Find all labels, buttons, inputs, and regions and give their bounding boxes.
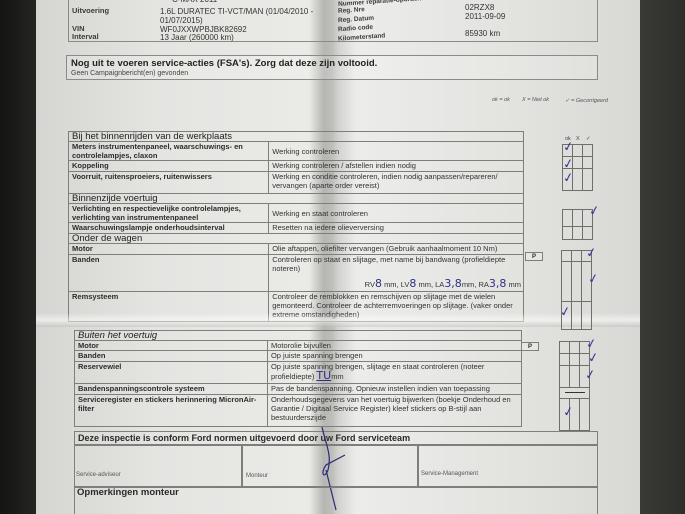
item-label: Voorruit, ruitensproeiers, ruitenwissers — [69, 172, 269, 194]
item-action: Werking controleren — [269, 142, 524, 161]
grid-header-x: X — [576, 136, 580, 142]
fsa-title: Nog uit te voeren service-acties (FSA's)… — [71, 58, 377, 69]
item-label: Bandenspanningscontrole systeem — [75, 384, 268, 395]
check-mark-ok: ✓ — [562, 170, 575, 187]
item-label: Meters instrumentenpaneel, waarschuwings… — [69, 142, 269, 161]
item-action: Olie aftappen, oliefilter vervangen (Geb… — [269, 244, 524, 255]
section-title: Buiten het voertuig — [75, 331, 522, 341]
tyre-depth-ra: 3,8 — [489, 277, 507, 290]
not-applicable-dash — [565, 392, 585, 393]
interval-label: Interval — [72, 32, 99, 41]
item-action: Controleren op staat en slijtage, met na… — [269, 255, 524, 292]
item-label: Koppeling — [69, 161, 269, 172]
grid-header-check: ✓ — [586, 136, 591, 142]
check-mark-ok: ✓ — [559, 304, 572, 321]
item-action: Onderhoudsgegevens van het voertuig bijw… — [267, 395, 521, 427]
item-action: Motorolie bijvullen — [267, 341, 521, 351]
check-mark-corrected: ✓ — [587, 271, 600, 288]
check-mark-ok: ✓ — [562, 404, 575, 421]
item-label: Banden — [69, 255, 269, 292]
item-label: Motor — [75, 341, 268, 351]
tyre-depth-rv: 8 — [375, 277, 382, 290]
p-box-motor-under: P — [525, 252, 543, 261]
tyre-depth-la: 3,8 — [444, 277, 462, 290]
uitvoering-label: Uitvoering — [72, 6, 109, 15]
vehicle-info-box — [68, 0, 598, 42]
signature-label-management: Service-Management — [421, 471, 478, 477]
reg-datum-value: 2011-09-09 — [465, 12, 505, 21]
item-action: Op juiste spanning brengen — [267, 351, 521, 362]
item-action: Resetten na iedere olieverversing — [269, 223, 524, 234]
check-mark-corrected: ✓ — [587, 350, 600, 367]
item-label: Serviceregister en stickers herinnering … — [75, 395, 268, 427]
item-action: Werking en conditie controleren, indien … — [269, 172, 524, 194]
signature-box-advisor[interactable] — [74, 445, 242, 487]
section-title: Binnenzijde voertuig — [69, 194, 524, 204]
km-value: 85930 km — [465, 29, 500, 38]
check-mark-corrected: ✓ — [585, 245, 598, 262]
item-action: Werking controleren / afstellen indien n… — [269, 161, 524, 172]
item-action: Werking en staat controleren — [269, 204, 524, 223]
fsa-box: Nog uit te voeren service-acties (FSA's)… — [66, 55, 598, 80]
legend-ok: ok = ok — [492, 97, 510, 103]
uitvoering-value: 1.6L DURATEC TI-VCT/MAN (01/04/2010 - — [160, 7, 313, 16]
item-action: Pas de bandenspanning. Opnieuw instellen… — [267, 384, 521, 395]
item-action: Op juiste spanning brengen, slijtage en … — [267, 362, 521, 384]
background-left — [0, 0, 40, 514]
reg-nr-value: 02RZX8 — [465, 3, 494, 12]
item-label: Waarschuwingslampje onderhoudsinterval — [69, 223, 269, 234]
paper-fold — [36, 313, 640, 327]
check-mark-ok: ✓ — [562, 139, 575, 156]
checklist-table-top: Bij het binnenrijden van de werkplaats M… — [68, 131, 524, 322]
uitvoering-value-2: 01/07/2015) — [160, 16, 203, 25]
signature-box-management[interactable] — [418, 445, 598, 487]
legend-not-ok: X = Niet ok — [522, 97, 549, 103]
p-box-motor-outside: P — [521, 342, 539, 351]
check-mark-corrected: ✓ — [588, 203, 601, 220]
signature-label-mechanic: Monteur — [246, 473, 268, 479]
tyre-depth-readout: RV8 mm, LV8 mm, LA3,8mm, RA3,8 mm — [365, 279, 521, 289]
interval-value: 13 Jaar (260000 km) — [160, 33, 234, 42]
item-label: Motor — [69, 244, 269, 255]
tyre-action-text: Controleren op staat en slijtage, met na… — [272, 255, 505, 273]
background-right — [638, 0, 685, 514]
conformity-statement: Deze inspectie is conform Ford normen ui… — [78, 433, 410, 443]
checklist-table-bottom: Buiten het voertuig MotorMotorolie bijvu… — [74, 330, 522, 427]
fsa-subtitle: Geen Campaignbericht(en) gevonden — [71, 70, 188, 77]
tyre-depth-lv: 8 — [409, 277, 416, 290]
spare-wheel-depth: TU — [316, 369, 331, 382]
item-label: Verlichting en respectievelijke controle… — [69, 204, 269, 223]
vehicle-model: C-MAX 2011 — [172, 0, 217, 4]
section-title: Bij het binnenrijden van de werkplaats — [69, 132, 524, 142]
item-label: Reservewiel — [75, 362, 268, 384]
section-title: Onder de wagen — [69, 234, 524, 244]
signature-label-advisor: Service-adviseur — [76, 472, 121, 478]
remarks-label: Opmerkingen monteur — [77, 487, 179, 498]
check-mark-corrected: ✓ — [584, 367, 597, 384]
legend-corrected: ✓ = Gecorrigeerd — [565, 98, 608, 104]
item-label: Banden — [75, 351, 268, 362]
